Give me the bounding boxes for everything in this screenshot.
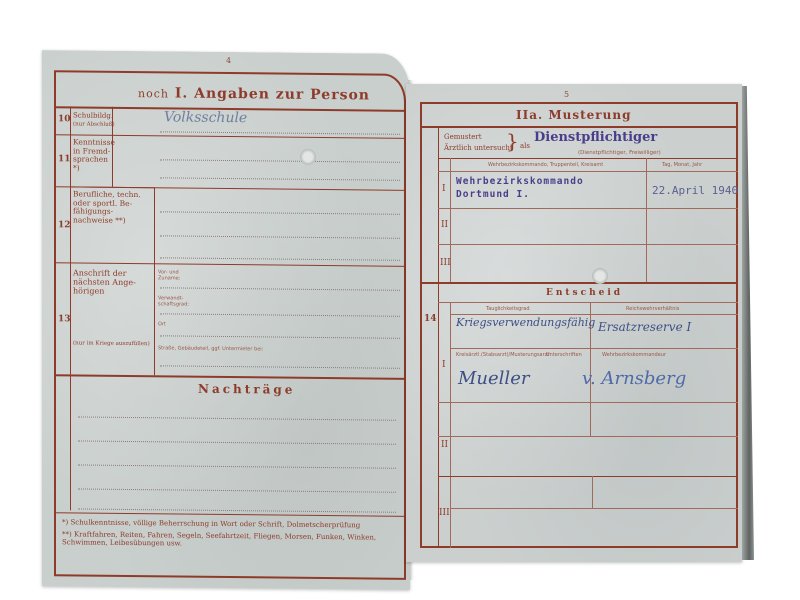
- verhaeltnis-entry: Ersatzreserve I: [598, 320, 691, 334]
- section-rule: [420, 282, 738, 284]
- page-number-right: 5: [564, 90, 569, 99]
- roman-numeral: I: [442, 360, 446, 370]
- punch-hole: [300, 149, 316, 165]
- brace: }: [506, 130, 519, 153]
- row-number: 10: [58, 114, 71, 124]
- section-title-left: noch I. Angaben zur Person: [138, 85, 370, 103]
- row-label: Berufliche, techn. oder sportl. Be-fähig…: [73, 190, 151, 225]
- label-col-rule-b: [154, 187, 155, 375]
- field-relation-label: Verwandt-schaftsgrad:: [158, 295, 198, 307]
- als-value-stamp: Dienstpflichtiger: [534, 130, 657, 145]
- page-edge: [742, 86, 754, 560]
- row-label: Kenntnisse in Fremd-sprachen *): [73, 138, 113, 173]
- sub-header-unterschriften: Unterschriften: [546, 352, 582, 358]
- row-rule: [450, 508, 738, 509]
- verhaeltnis-header: Reichswehrverhältnis: [626, 306, 679, 312]
- handwritten-entry: Volksschule: [164, 109, 247, 126]
- row-number: 13: [58, 314, 71, 324]
- field-place-label: Ort: [158, 321, 166, 327]
- authority-stamp: Wehrbezirkskommando Dortmund I.: [456, 176, 584, 202]
- authority-header: Wehrbezirkskommando, Truppenteil, Kreisa…: [488, 162, 603, 168]
- entscheid-number: 14: [424, 314, 437, 324]
- row-11: 11 Kenntnisse in Fremd-sprachen *): [42, 50, 410, 54]
- page-number-left: 4: [226, 56, 231, 65]
- date-header: Tag, Monat, Jahr: [662, 162, 702, 168]
- tauglichkeit-header: Tauglichkeitsgrad: [486, 306, 530, 312]
- row-number: 11: [58, 154, 71, 164]
- nachtraege-col-rule: [70, 374, 71, 510]
- left-col-rule: [438, 128, 439, 548]
- date-col-rule: [646, 158, 647, 282]
- section-title-right: IIa. Musterung: [516, 108, 631, 122]
- title-main: I. Angaben zur Person: [175, 85, 370, 103]
- roman-numeral: II: [441, 220, 448, 230]
- roman-numeral: III: [440, 258, 451, 268]
- row-label: Anschrift der nächsten Ange-hörigen: [73, 268, 137, 296]
- date-stamp: 22.April 1940: [652, 184, 738, 197]
- gemustert-label: Gemustert Ärztlich untersucht: [444, 132, 513, 153]
- roman-numeral: III: [439, 508, 450, 518]
- header-rule: [450, 314, 738, 315]
- roman-numeral: I: [442, 184, 446, 194]
- row-10: 10 Schulbildg. (nur Abschluß) Volksschul…: [42, 50, 410, 54]
- sub-header-kommandeur: Wehrbezirkskommandeur: [602, 352, 666, 358]
- nachtraege-title: Nachträge: [198, 382, 295, 397]
- title-divider: [420, 126, 738, 128]
- tauglichkeit-entry: Kriegsverwendungsfähig: [456, 316, 586, 331]
- row-rule: [438, 476, 738, 477]
- row-sublabel: (nur im Kriege auszufüllen): [73, 340, 151, 347]
- right-page: 5 IIa. Musterung Gemustert Ärztlich unte…: [406, 84, 742, 562]
- row-rule: [438, 402, 738, 403]
- entscheid-title: Entscheid: [546, 288, 623, 298]
- sub-header-arzt: Kreisärztl.(Stabsarzt)/Musterungsarzt: [456, 352, 549, 358]
- row-rule: [438, 436, 738, 437]
- als-options-hint: (Dienstpflichtiger, Freiwilliger): [578, 150, 661, 156]
- sub-header-rule: [450, 348, 738, 349]
- row-rule: [438, 158, 738, 159]
- row-rule: [438, 208, 738, 209]
- field-street-label: Straße, Gebäudeteil, ggf. Untermieter be…: [158, 345, 268, 352]
- als-label: als: [520, 142, 530, 150]
- field-name-label: Vor- und Zuname:: [158, 269, 198, 281]
- roman-numeral: II: [441, 440, 448, 450]
- signature-arzt: Mueller: [458, 368, 529, 389]
- header-rule: [438, 302, 738, 303]
- row-number: 12: [58, 220, 71, 230]
- mid-col-rule: [592, 476, 593, 508]
- punch-hole: [592, 268, 608, 284]
- row-13: 13 Anschrift der nächsten Ange-hörigen (…: [42, 50, 410, 54]
- signature-kommandeur: v. Arnsberg: [582, 368, 686, 389]
- number-col-rule: [70, 106, 71, 374]
- row-rule: [438, 244, 738, 245]
- row-12: 12 Berufliche, techn. oder sportl. Be-fä…: [42, 50, 410, 54]
- left-page: 4 noch I. Angaben zur Person 10 Schulbil…: [42, 50, 410, 590]
- title-prefix: noch: [138, 87, 169, 100]
- row-label: Schulbildg.: [73, 111, 153, 120]
- header-rule: [438, 171, 738, 172]
- row-sublabel: (nur Abschluß): [73, 121, 153, 128]
- roman-col-rule: [450, 302, 451, 548]
